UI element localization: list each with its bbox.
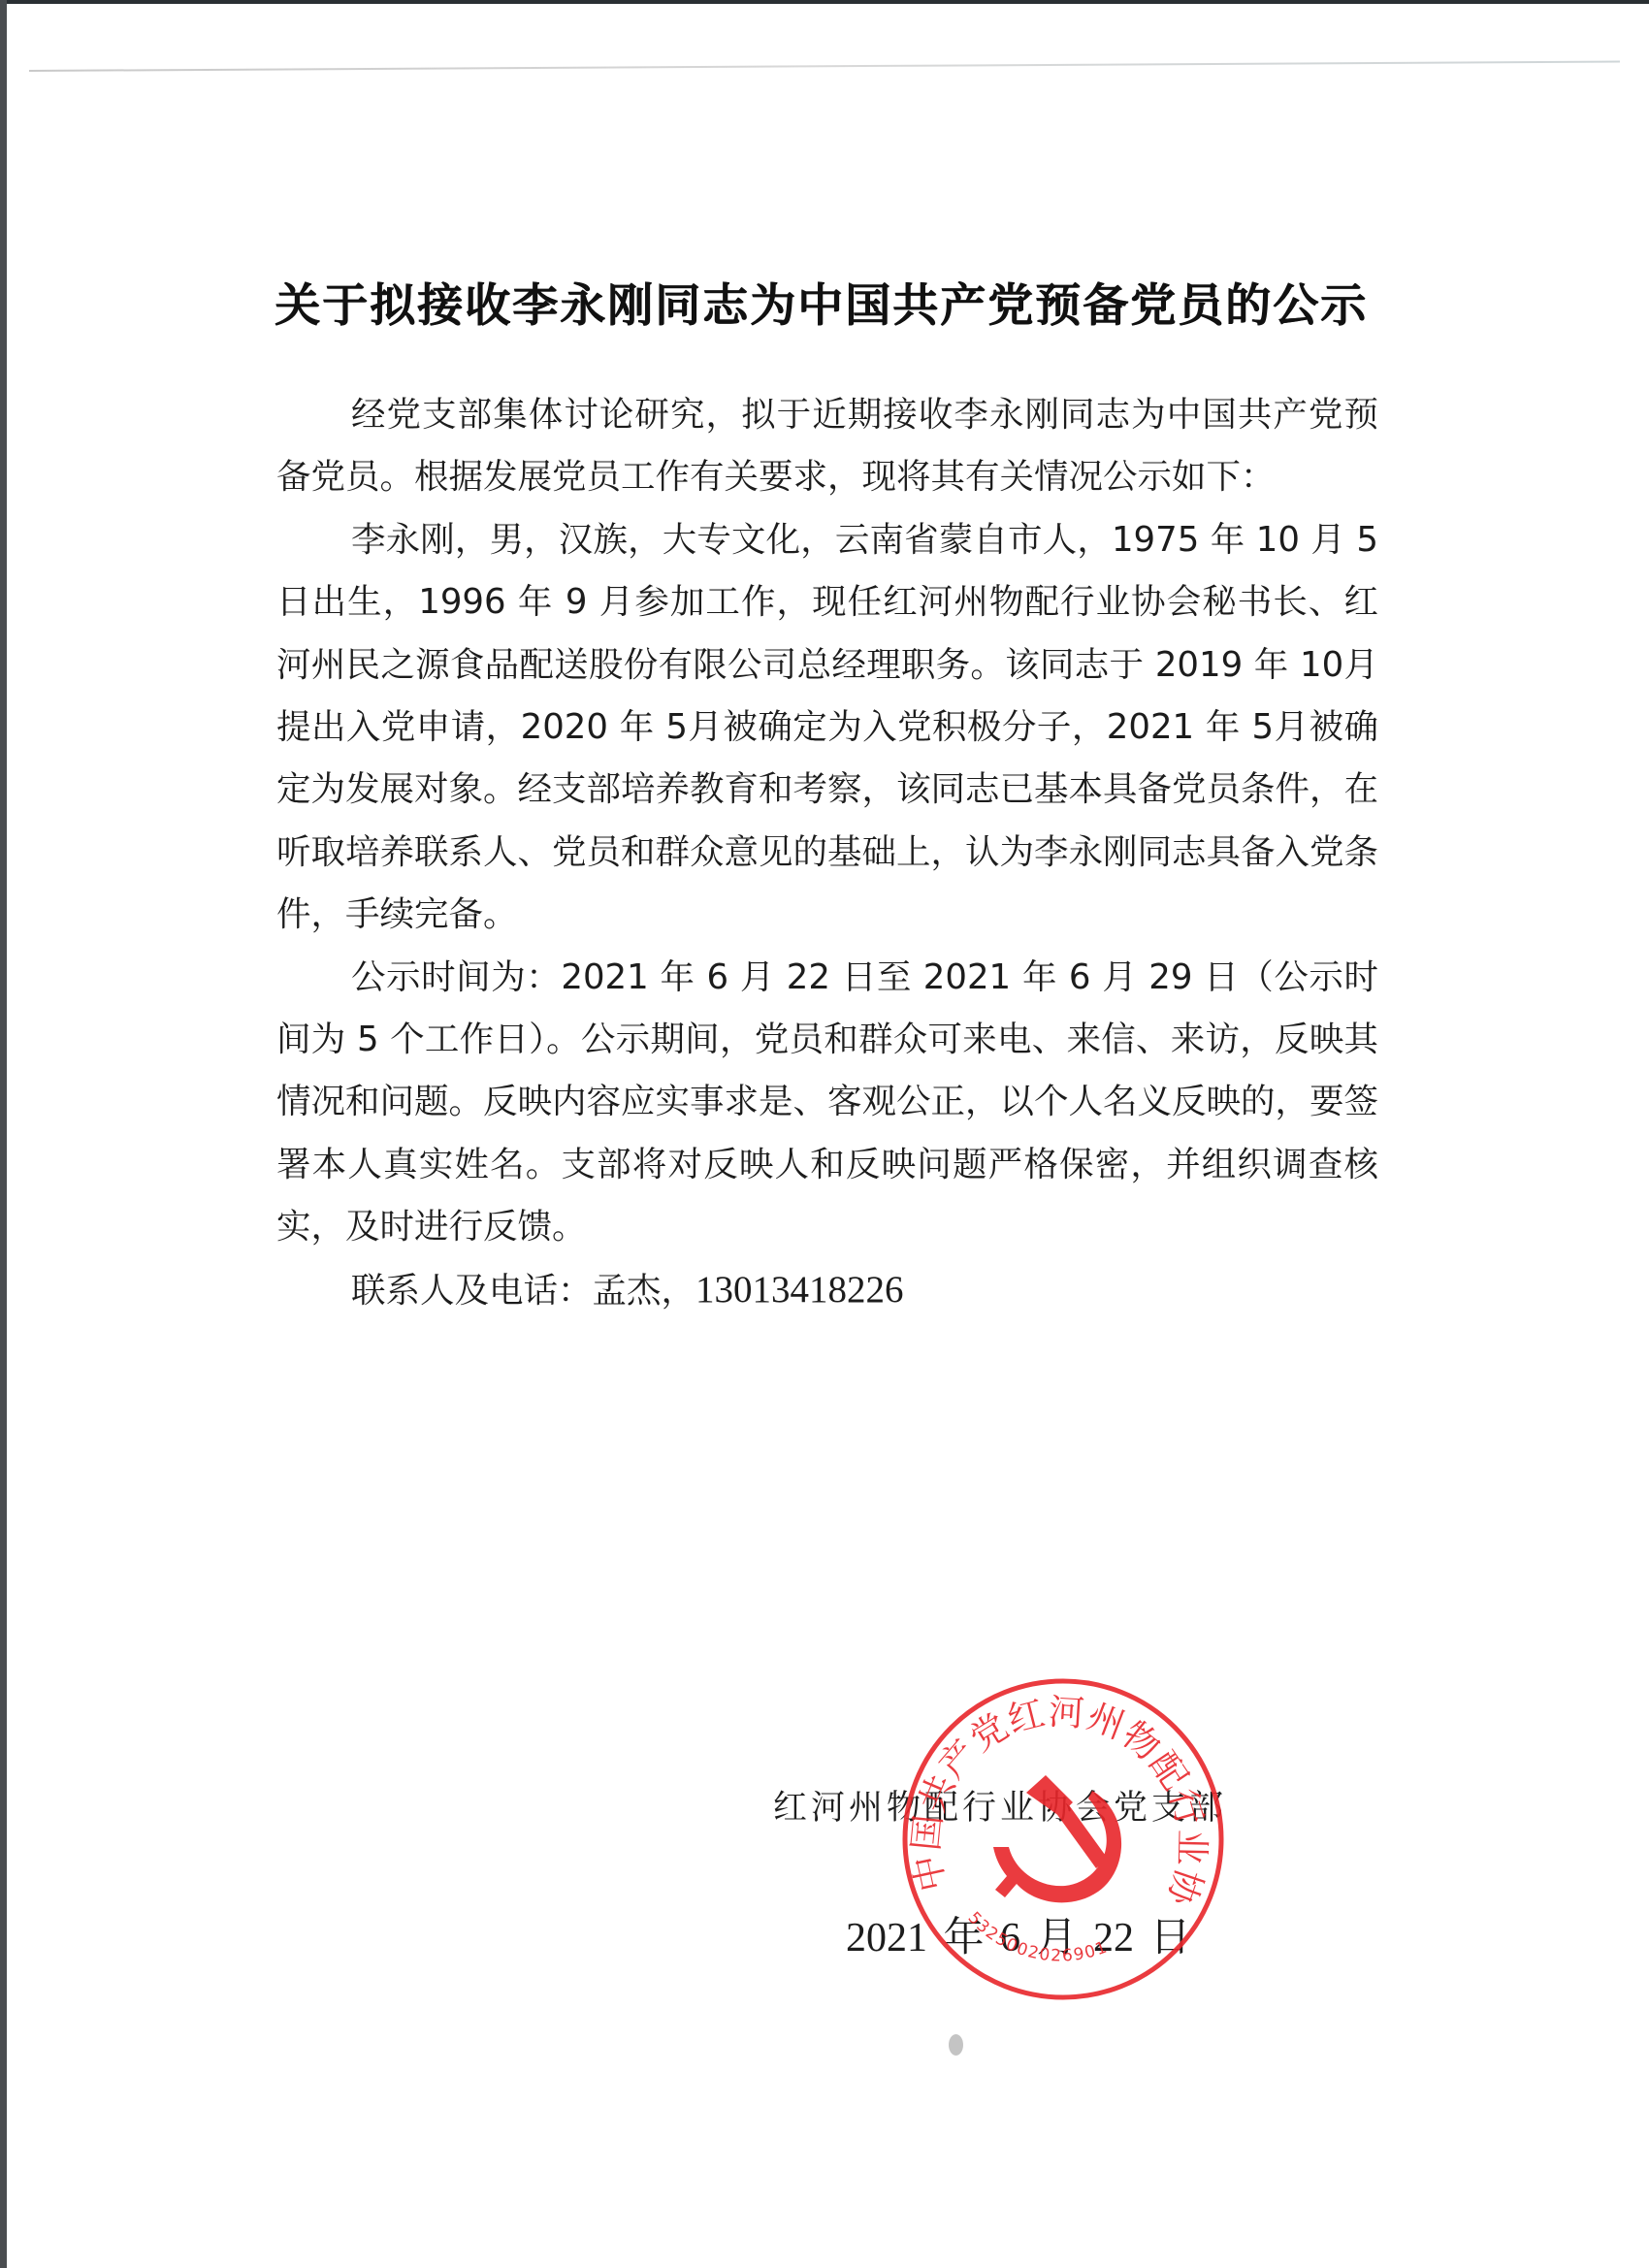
document-body: 经党支部集体讨论研究，拟于近期接收李永刚同志为中国共产党预备党员。根据发展党员工… xyxy=(276,384,1378,1322)
official-seal-stamp: 中国共产党红河州物配行业协会党支部委员会 5325002026901 xyxy=(900,1676,1226,2002)
svg-text:5325002026901: 5325002026901 xyxy=(964,1908,1112,1965)
contact-phone: 13013418226 xyxy=(695,1269,904,1311)
contact-name: 孟杰 xyxy=(593,1271,662,1311)
scan-smudge xyxy=(949,2034,963,2056)
paragraph-candidate-info: 李永刚，男，汉族，大专文化，云南省蒙自市人，1975 年 10 月 5 日出生，… xyxy=(276,509,1378,947)
hammer-and-sickle-icon xyxy=(993,1775,1121,1902)
document-page: 关于拟接收李永刚同志为中国共产党预备党员的公示 经党支部集体讨论研究，拟于近期接… xyxy=(0,0,1649,2268)
paragraph-contact: 联系人及电话：孟杰，13013418226 xyxy=(276,1259,1378,1322)
contact-label: 联系人及电话： xyxy=(351,1271,593,1311)
document-title: 关于拟接收李永刚同志为中国共产党预备党员的公示 xyxy=(275,279,1390,334)
paragraph-intro: 经党支部集体讨论研究，拟于近期接收李永刚同志为中国共产党预备党员。根据发展党员工… xyxy=(276,384,1378,509)
paragraph-notice-period: 公示时间为：2021 年 6 月 22 日至 2021 年 6 月 29 日（公… xyxy=(276,947,1378,1259)
stamp-code: 5325002026901 xyxy=(964,1908,1112,1965)
contact-separator: ， xyxy=(662,1271,696,1311)
